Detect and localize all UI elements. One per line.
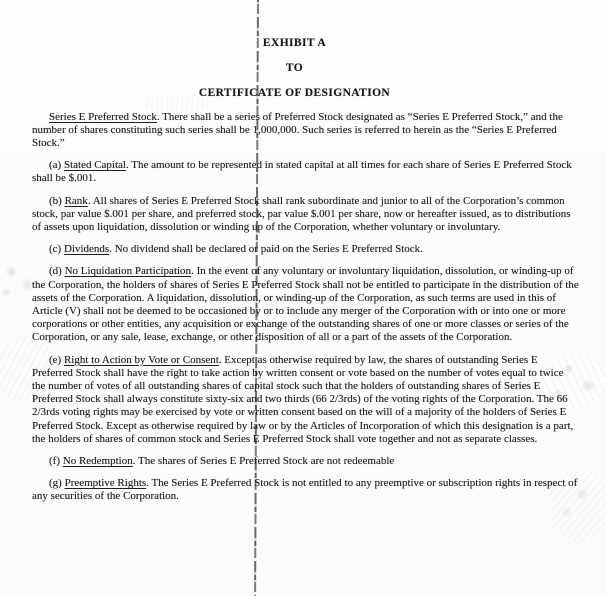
scanned-document-page: EXHIBIT A TO CERTIFICATE OF DESIGNATION … <box>0 0 606 596</box>
section-heading: Preemptive Rights <box>65 477 147 489</box>
to-label: TO <box>32 62 557 75</box>
paragraph-label: (f) <box>49 455 63 467</box>
paragraph-label: (b) <box>49 195 65 207</box>
paragraph-label: (e) <box>49 354 64 366</box>
section-heading: Dividends <box>64 243 109 255</box>
paragraph-label: (d) <box>49 265 65 277</box>
section-heading: Series E Preferred Stock <box>49 111 157 123</box>
paragraph-c-dividends: (c) Dividends. No dividend shall be decl… <box>32 243 579 256</box>
certificate-title: CERTIFICATE OF DESIGNATION <box>32 87 557 100</box>
paragraph-series-e-preferred-stock: Series E Preferred Stock. There shall be… <box>32 111 579 151</box>
paragraph-text: . Except as otherwise required by law, t… <box>32 354 573 445</box>
paragraph-g-preemptive-rights: (g) Preemptive Rights. The Series E Pref… <box>32 477 579 503</box>
paragraph-f-no-redemption: (f) No Redemption. The shares of Series … <box>32 455 579 468</box>
document-body: EXHIBIT A TO CERTIFICATE OF DESIGNATION … <box>32 37 579 513</box>
section-heading: No Liquidation Participation <box>65 265 191 277</box>
paragraph-e-right-to-action: (e) Right to Action by Vote or Consent. … <box>32 354 579 446</box>
paragraph-label: (a) <box>49 159 64 171</box>
paragraph-text: . All shares of Series E Preferred Stock… <box>32 195 571 233</box>
exhibit-title: EXHIBIT A <box>32 37 557 50</box>
paragraph-label: (c) <box>49 243 64 255</box>
paragraph-a-stated-capital: (a) Stated Capital. The amount to be rep… <box>32 159 579 185</box>
paragraph-text: . No dividend shall be declared or paid … <box>109 243 423 255</box>
paragraph-label: (g) <box>49 477 65 489</box>
paragraph-text: . The shares of Series E Preferred Stock… <box>133 455 395 467</box>
paragraph-d-no-liquidation-participation: (d) No Liquidation Participation. In the… <box>32 265 579 344</box>
section-heading: No Redemption <box>63 455 133 467</box>
paragraph-b-rank: (b) Rank. All shares of Series E Preferr… <box>32 195 579 235</box>
section-heading: Right to Action by Vote or Consent <box>64 354 219 366</box>
section-heading: Rank <box>65 195 88 207</box>
section-heading: Stated Capital <box>64 159 126 171</box>
